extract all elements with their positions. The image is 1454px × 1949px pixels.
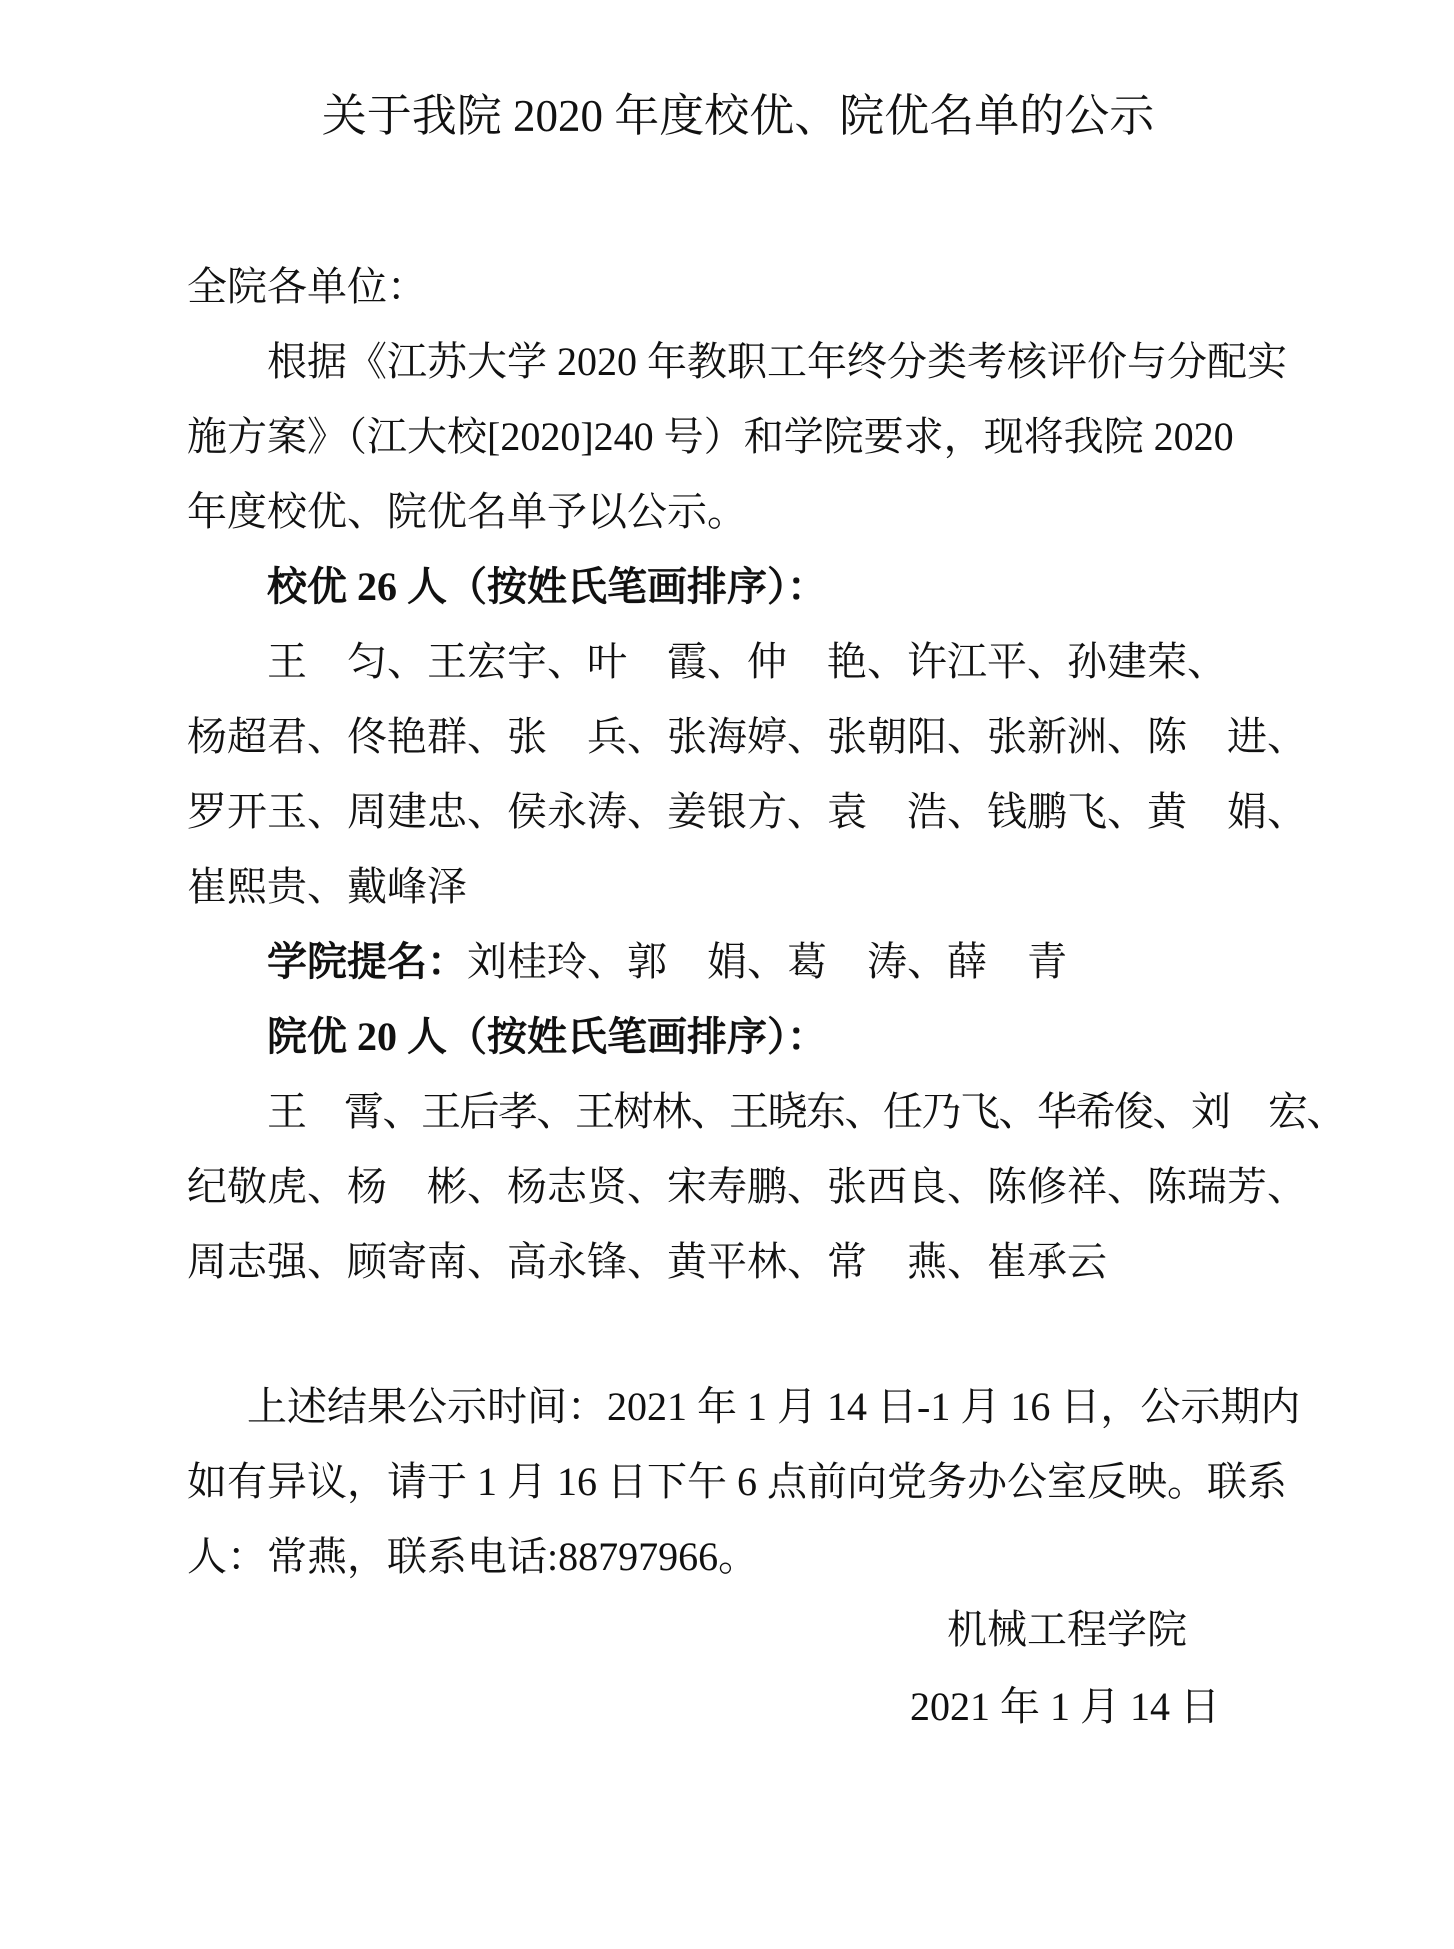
- college-excellent-row: 周志强、顾寄南、高永锋、黄平林、常 燕、崔承云: [187, 1239, 1107, 1285]
- school-excellent-row: 崔熙贵、戴峰泽: [187, 864, 467, 910]
- school-excellent-row: 王 匀、王宏宇、叶 霞、仲 艳、许江平、孙建荣、: [267, 639, 1227, 685]
- intro-line-2: 施方案》（江大校[2020]240 号）和学院要求，现将我院 2020: [187, 414, 1234, 460]
- college-excellent-row: 纪敬虎、杨 彬、杨志贤、宋寿鹏、张西良、陈修祥、陈瑞芳、: [187, 1164, 1307, 1210]
- signature-organization: 机械工程学院: [947, 1607, 1187, 1653]
- intro-line-3: 年度校优、院优名单予以公示。: [187, 489, 747, 535]
- notice-line-2: 如有异议，请于 1 月 16 日下午 6 点前向党务办公室反映。联系: [187, 1459, 1287, 1505]
- college-nominated-label: 学院提名：: [267, 939, 467, 984]
- college-nominated-line: 学院提名：刘桂玲、郭 娟、葛 涛、薛 青: [267, 939, 1067, 985]
- signature-date: 2021 年 1 月 14 日: [910, 1684, 1220, 1730]
- school-excellent-heading: 校优 26 人（按姓氏笔画排序）：: [267, 564, 827, 610]
- college-excellent-heading: 院优 20 人（按姓氏笔画排序）：: [267, 1014, 827, 1060]
- notice-line-1: 上述结果公示时间：2021 年 1 月 14 日-1 月 16 日，公示期内: [247, 1384, 1300, 1430]
- school-excellent-row: 罗开玉、周建忠、侯永涛、姜银方、袁 浩、钱鹏飞、黄 娟、: [187, 789, 1307, 835]
- document-page: 关于我院 2020 年度校优、院优名单的公示 全院各单位： 根据《江苏大学 20…: [0, 0, 1454, 1949]
- school-excellent-row: 杨超君、佟艳群、张 兵、张海婷、张朝阳、张新洲、陈 进、: [187, 714, 1307, 760]
- college-nominated-names: 刘桂玲、郭 娟、葛 涛、薛 青: [467, 939, 1067, 984]
- college-excellent-row: 王 霄、王后孝、王树林、王晓东、任乃飞、华希俊、刘 宏、: [267, 1089, 1345, 1135]
- intro-line-1: 根据《江苏大学 2020 年教职工年终分类考核评价与分配实: [267, 339, 1287, 385]
- salutation: 全院各单位：: [187, 264, 427, 310]
- notice-line-3: 人：常燕，联系电话:88797966。: [187, 1534, 758, 1580]
- document-title: 关于我院 2020 年度校优、院优名单的公示: [0, 90, 1454, 142]
